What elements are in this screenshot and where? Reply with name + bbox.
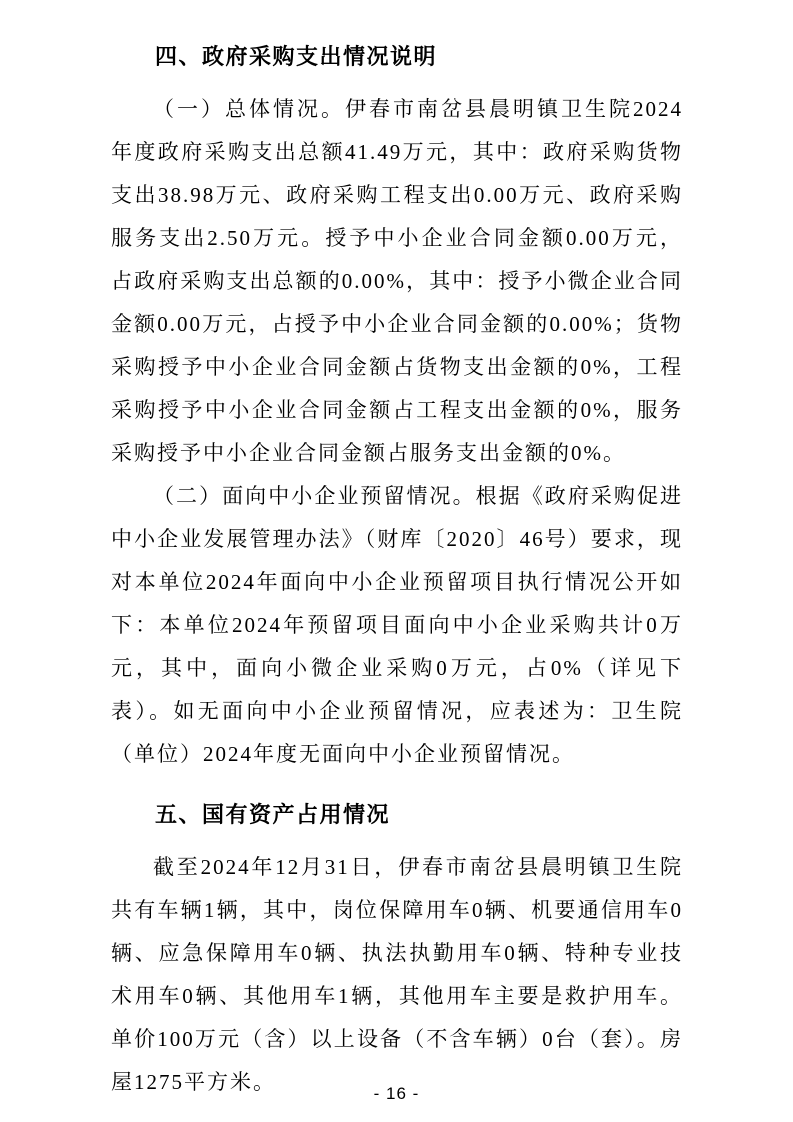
paragraph-procurement-overall: （一）总体情况。伊春市南岔县晨明镇卫生院2024年度政府采购支出总额41.49万… (111, 88, 683, 475)
paragraph-state-assets: 截至2024年12月31日，伊春市南岔县晨明镇卫生院共有车辆1辆，其中，岗位保障… (111, 846, 683, 1104)
document-page: 四、政府采购支出情况说明 （一）总体情况。伊春市南岔县晨明镇卫生院2024年度政… (0, 0, 793, 1122)
paragraph-sme-reservation: （二）面向中小企业预留情况。根据《政府采购促进中小企业发展管理办法》（财库〔20… (111, 475, 683, 776)
section-heading-state-assets: 五、国有资产占用情况 (111, 800, 683, 830)
page-number: - 16 - (0, 1084, 793, 1104)
section-heading-procurement-expenditure: 四、政府采购支出情况说明 (111, 42, 683, 72)
document-content: 四、政府采购支出情况说明 （一）总体情况。伊春市南岔县晨明镇卫生院2024年度政… (111, 0, 683, 1104)
